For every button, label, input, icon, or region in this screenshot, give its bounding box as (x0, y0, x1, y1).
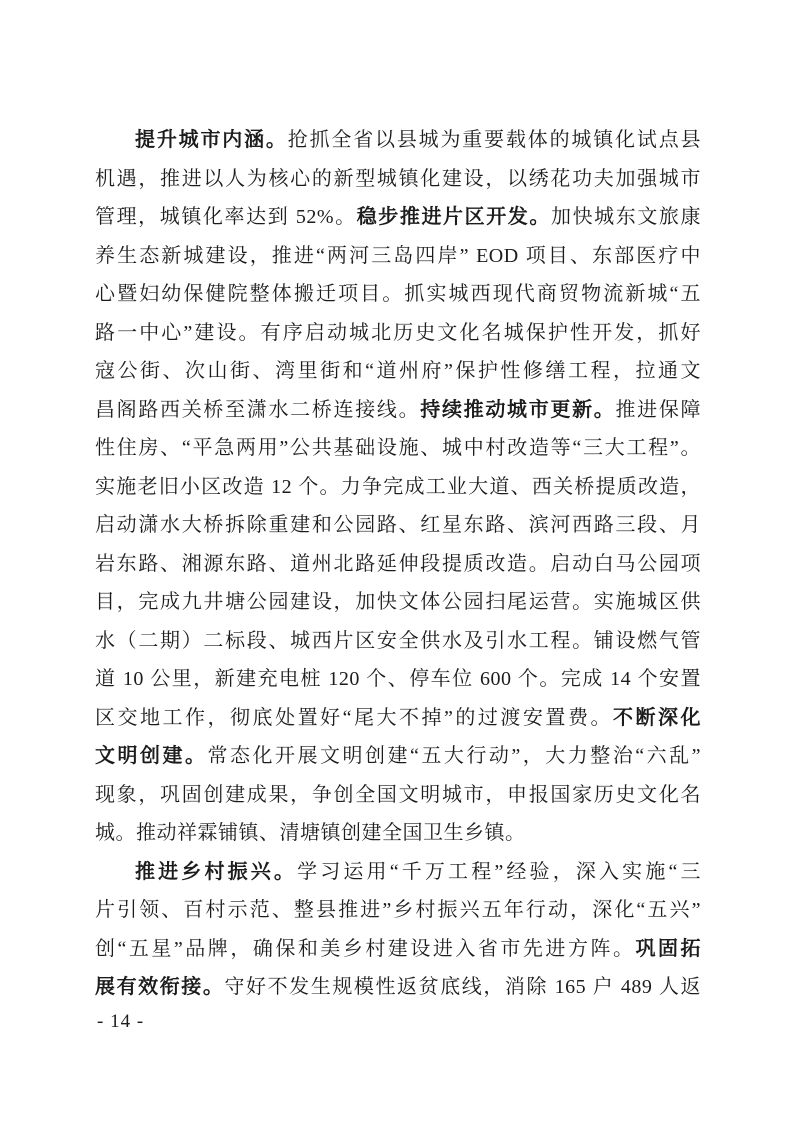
text-line: 养生态新城建设，推进“两河三岛四岸” EOD 项目、东部医疗中 (95, 237, 701, 276)
text-run: 水（二期）二标段、城西片区安全供水及引水工程。铺设燃气管 (95, 630, 701, 652)
document-body: 提升城市内涵。抢抓全省以县城为重要载体的城镇化试点县机遇，推进以人为核心的新型城… (95, 121, 701, 1007)
text-run: 机遇，推进以人为核心的新型城镇化建设，以绣花功夫加强城市 (95, 168, 701, 190)
text-run: 寇公街、次山街、湾里街和“道州府”保护性修缮工程，拉通文 (95, 360, 701, 382)
text-line: 性住房、“平急两用”公共基础设施、城中村改造等“三大工程”。 (95, 429, 701, 468)
text-run: 推进保障 (615, 399, 701, 421)
bold-heading-run: 文明创建。 (95, 745, 208, 767)
text-line: 启动潇水大桥拆除重建和公园路、红星东路、滨河西路三段、月 (95, 506, 701, 545)
text-run: 现象，巩固创建成果，争创全国文明城市，申报国家历史文化名 (95, 784, 701, 806)
text-run: 常态化开展文明创建“五大行动”，大力整治“六乱” (208, 745, 702, 767)
text-run: 心暨妇幼保健院整体搬迁项目。抓实城西现代商贸物流新城“五 (95, 283, 701, 305)
text-line: 水（二期）二标段、城西片区安全供水及引水工程。铺设燃气管 (95, 622, 701, 661)
text-run: 启动潇水大桥拆除重建和公园路、红星东路、滨河西路三段、月 (95, 514, 701, 536)
text-line: 机遇，推进以人为核心的新型城镇化建设，以绣花功夫加强城市 (95, 160, 701, 199)
text-run: 守好不发生规模性返贫底线，消除 165 户 489 人返 (224, 976, 701, 998)
bold-heading-run: 提升城市内涵。 (135, 129, 288, 151)
text-line: 城。推动祥霖铺镇、清塘镇创建全国卫生乡镇。 (95, 814, 701, 853)
text-run: 抢抓全省以县城为重要载体的城镇化试点县 (288, 129, 701, 151)
text-line: 管理，城镇化率达到 52%。稳步推进片区开发。加快城东文旅康 (95, 198, 701, 237)
bold-heading-run: 巩固拓 (635, 938, 701, 960)
text-line: 区交地工作，彻底处置好“尾大不掉”的过渡安置费。不断深化 (95, 699, 701, 738)
text-run: 昌阁路西关桥至潇水二桥连接线。 (95, 399, 420, 421)
text-run: 学习运用“千万工程”经验，深入实施“三 (297, 861, 701, 883)
text-line: 昌阁路西关桥至潇水二桥连接线。持续推动城市更新。推进保障 (95, 391, 701, 430)
bold-heading-run: 展有效衔接。 (95, 976, 224, 998)
text-run: 性住房、“平急两用”公共基础设施、城中村改造等“三大工程”。 (95, 437, 701, 459)
text-line: 片引领、百村示范、整县推进”乡村振兴五年行动，深化“五兴” (95, 891, 701, 930)
text-run: 路一中心”建设。有序启动城北历史文化名城保护性开发，抓好 (95, 322, 701, 344)
text-line: 现象，巩固创建成果，争创全国文明城市，申报国家历史文化名 (95, 776, 701, 815)
text-run: 片引领、百村示范、整县推进”乡村振兴五年行动，深化“五兴” (95, 899, 701, 921)
page-number: - 14 - (97, 1009, 144, 1035)
text-line: 文明创建。常态化开展文明创建“五大行动”，大力整治“六乱” (95, 737, 701, 776)
text-run: 管理，城镇化率达到 52%。 (95, 206, 357, 228)
text-line: 岩东路、湘源东路、道州北路延伸段提质改造。启动白马公园项 (95, 545, 701, 584)
text-line: 推进乡村振兴。学习运用“千万工程”经验，深入实施“三 (95, 853, 701, 892)
text-run: 创“五星”品牌，确保和美乡村建设进入省市先进方阵。 (95, 938, 635, 960)
paragraph-2: 推进乡村振兴。学习运用“千万工程”经验，深入实施“三片引领、百村示范、整县推进”… (95, 853, 701, 1007)
text-run: 城。推动祥霖铺镇、清塘镇创建全国卫生乡镇。 (95, 822, 526, 844)
text-run: 加快城东文旅康 (551, 206, 701, 228)
text-line: 道 10 公里，新建充电桩 120 个、停车位 600 个。完成 14 个安置 (95, 660, 701, 699)
bold-heading-run: 持续推动城市更新。 (420, 399, 615, 421)
text-run: 道 10 公里，新建充电桩 120 个、停车位 600 个。完成 14 个安置 (95, 668, 701, 690)
bold-heading-run: 稳步推进片区开发。 (357, 206, 551, 228)
bold-heading-run: 推进乡村振兴。 (135, 861, 297, 883)
document-page: 提升城市内涵。抢抓全省以县城为重要载体的城镇化试点县机遇，推进以人为核心的新型城… (0, 0, 793, 1122)
text-run: 区交地工作，彻底处置好“尾大不掉”的过渡安置费。 (95, 707, 613, 729)
text-line: 展有效衔接。守好不发生规模性返贫底线，消除 165 户 489 人返 (95, 968, 701, 1007)
text-line: 心暨妇幼保健院整体搬迁项目。抓实城西现代商贸物流新城“五 (95, 275, 701, 314)
bold-heading-run: 不断深化 (613, 707, 701, 729)
text-run: 岩东路、湘源东路、道州北路延伸段提质改造。启动白马公园项 (95, 553, 701, 575)
paragraph-1: 提升城市内涵。抢抓全省以县城为重要载体的城镇化试点县机遇，推进以人为核心的新型城… (95, 121, 701, 853)
text-line: 创“五星”品牌，确保和美乡村建设进入省市先进方阵。巩固拓 (95, 930, 701, 969)
text-run: 养生态新城建设，推进“两河三岛四岸” EOD 项目、东部医疗中 (95, 245, 701, 267)
text-line: 寇公街、次山街、湾里街和“道州府”保护性修缮工程，拉通文 (95, 352, 701, 391)
text-line: 路一中心”建设。有序启动城北历史文化名城保护性开发，抓好 (95, 314, 701, 353)
text-run: 实施老旧小区改造 12 个。力争完成工业大道、西关桥提质改造， (95, 476, 701, 498)
text-line: 目，完成九井塘公园建设，加快文体公园扫尾运营。实施城区供 (95, 583, 701, 622)
text-line: 提升城市内涵。抢抓全省以县城为重要载体的城镇化试点县 (95, 121, 701, 160)
text-line: 实施老旧小区改造 12 个。力争完成工业大道、西关桥提质改造， (95, 468, 701, 507)
text-run: 目，完成九井塘公园建设，加快文体公园扫尾运营。实施城区供 (95, 591, 701, 613)
